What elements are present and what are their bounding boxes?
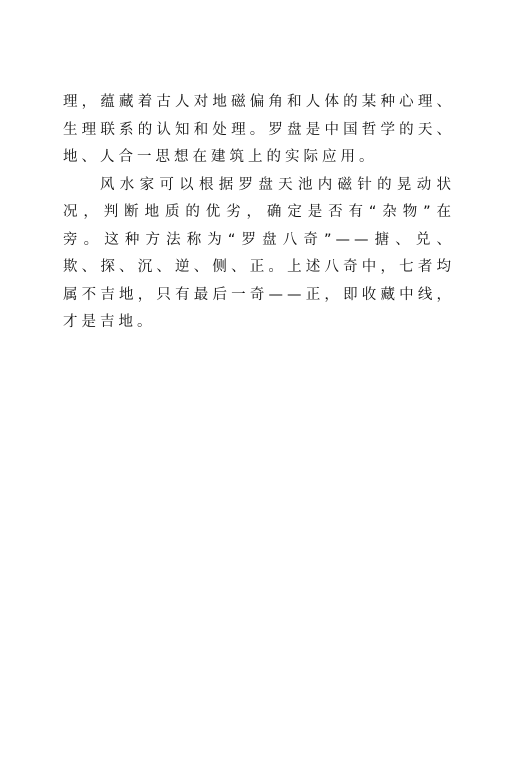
paragraph-compass-eight-signs: 风水家可以根据罗盘天池内磁针的晃动状况，判断地质的优劣，确定是否有“杂物”在旁。… [63,172,455,337]
document-page: 理，蕴藏着古人对地磁偏角和人体的某种心理、生理联系的认知和处理。罗盘是中国哲学的… [0,0,518,778]
document-body: 理，蕴藏着古人对地磁偏角和人体的某种心理、生理联系的认知和处理。罗盘是中国哲学的… [63,89,455,337]
paragraph-continuation: 理，蕴藏着古人对地磁偏角和人体的某种心理、生理联系的认知和处理。罗盘是中国哲学的… [63,89,455,172]
